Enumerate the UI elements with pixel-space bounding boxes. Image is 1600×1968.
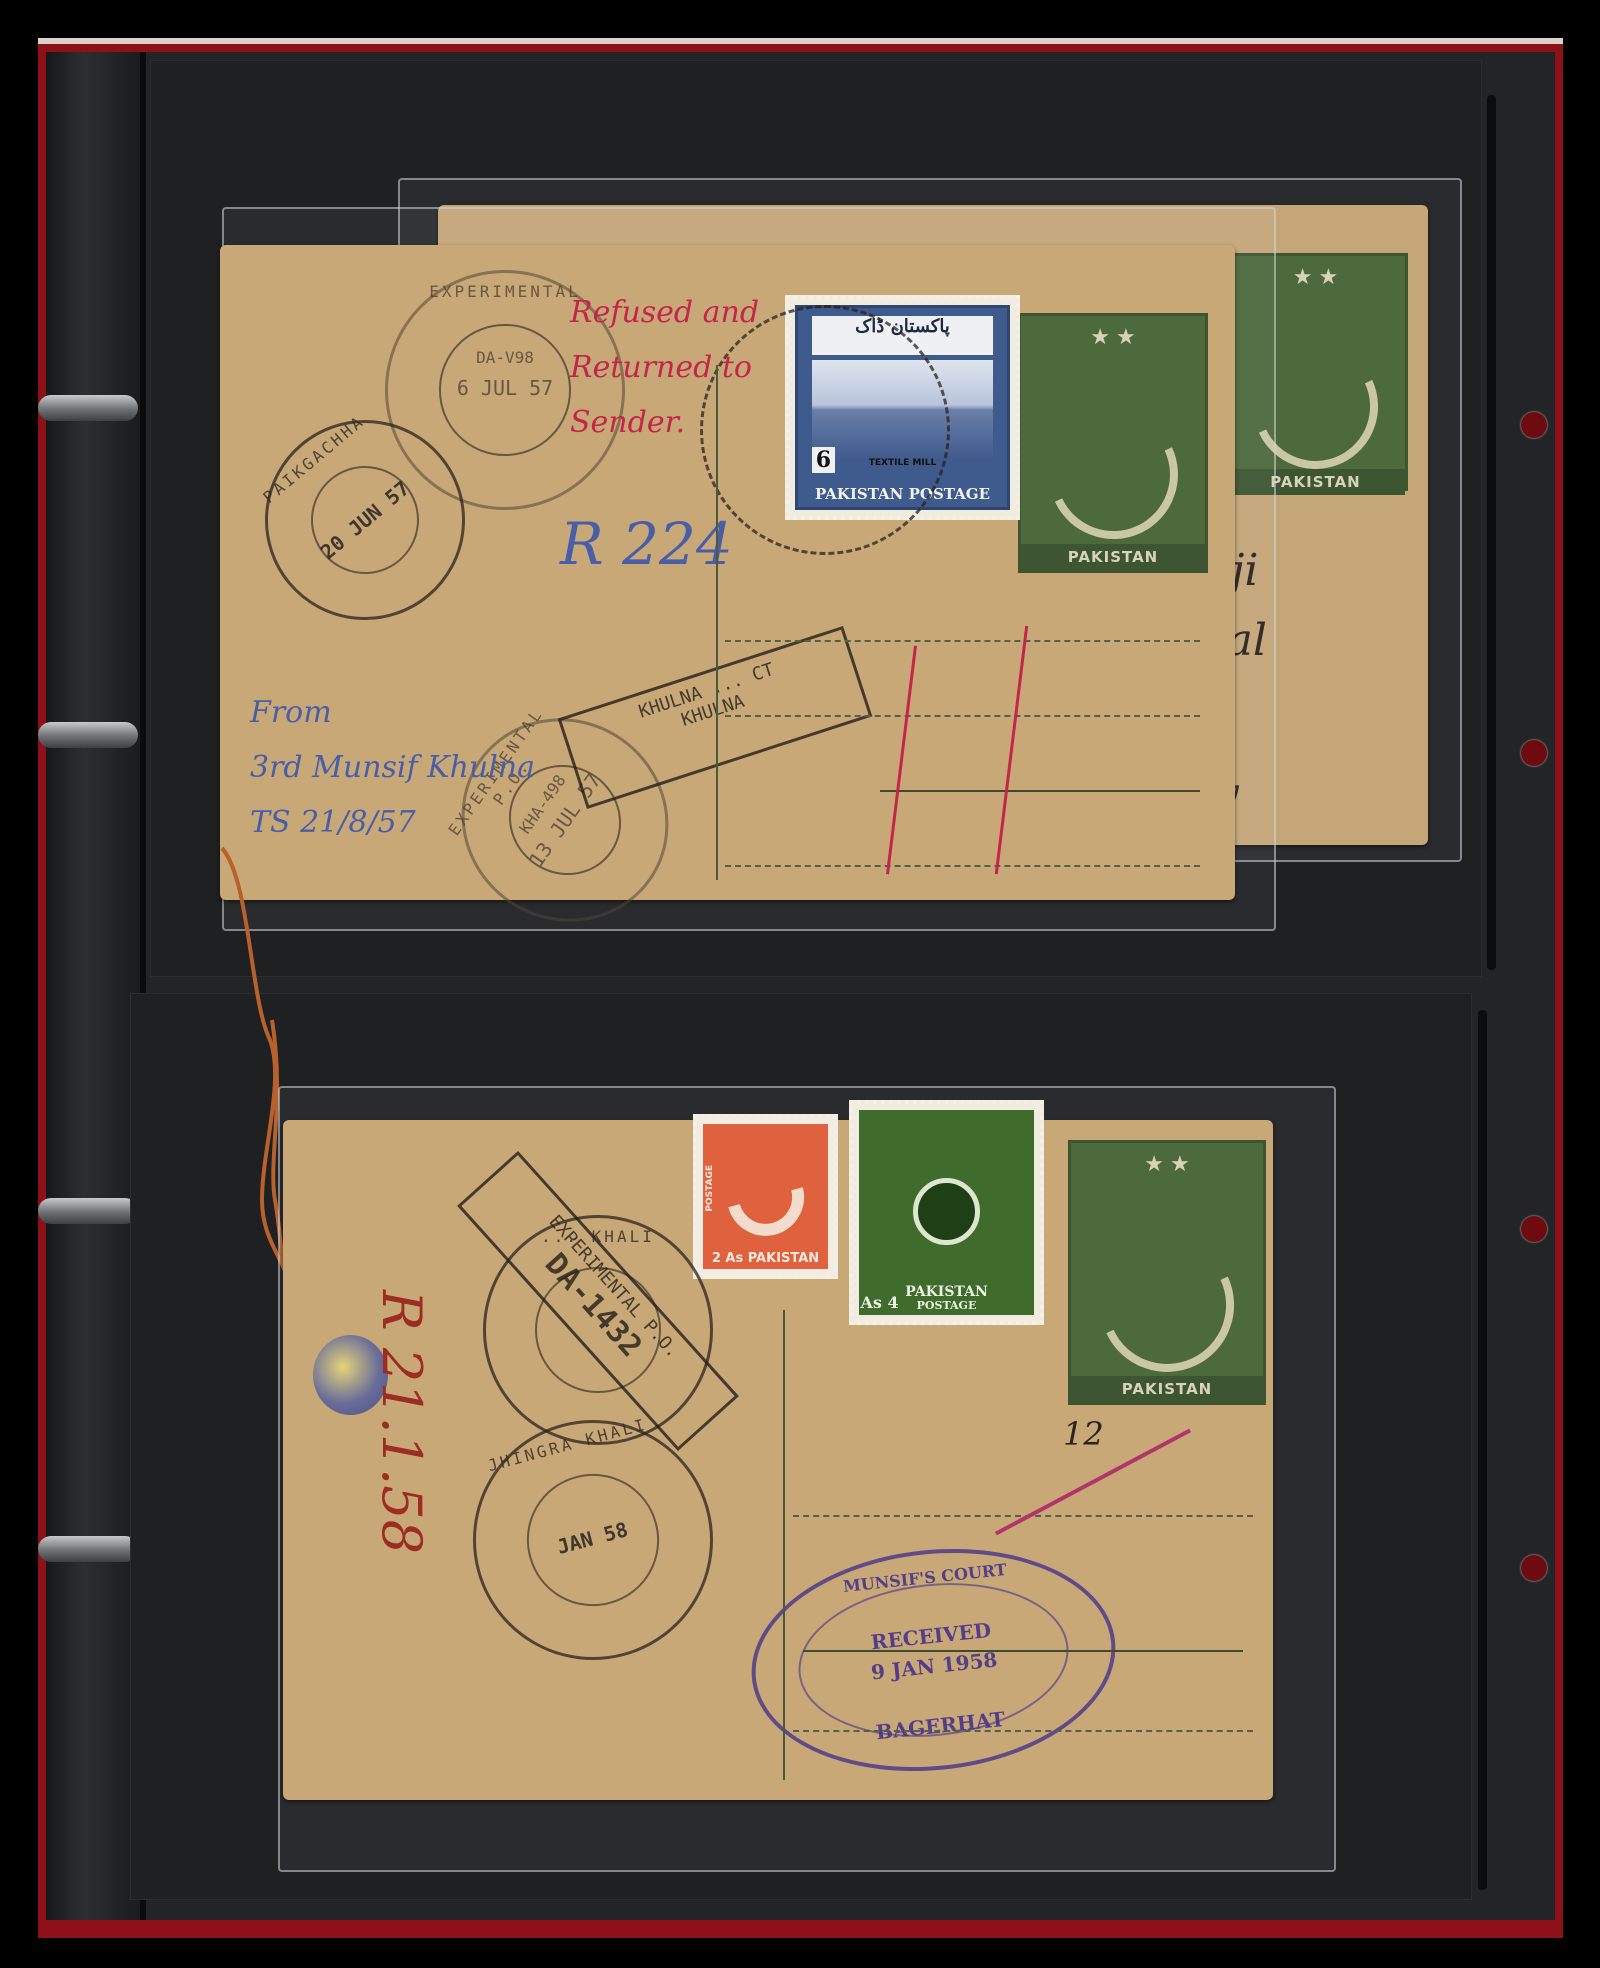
crescent-icon: [1081, 1219, 1253, 1391]
divider-line: [783, 1310, 785, 1780]
munsif-court-oval-stamp: MUNSIF'S COURT RECEIVED 9 JAN 1958 BAGER…: [741, 1532, 1127, 1789]
floral-emblem-stamp: PAKISTANPOSTAGE As 4: [849, 1100, 1044, 1325]
indicium-stamp: ★ ★ PAKISTAN: [1068, 1140, 1266, 1405]
postcard-bottom[interactable]: ★ ★ PAKISTAN POSTAGE 2 As PAKISTAN PAKIS…: [283, 1120, 1273, 1800]
address-line: [803, 1650, 1243, 1652]
emblem-icon: [913, 1178, 980, 1245]
star-icon: ★ ★: [1071, 1143, 1263, 1177]
postmark-jhingrakhali: JHINGRA KHALI JAN 58: [446, 1393, 740, 1687]
numeral-note: 12: [1063, 1415, 1104, 1453]
crescent-star-stamp: POSTAGE 2 As PAKISTAN: [693, 1114, 838, 1279]
address-line: [793, 1730, 1253, 1732]
registration-note: R 21.1.58: [370, 1290, 433, 1554]
